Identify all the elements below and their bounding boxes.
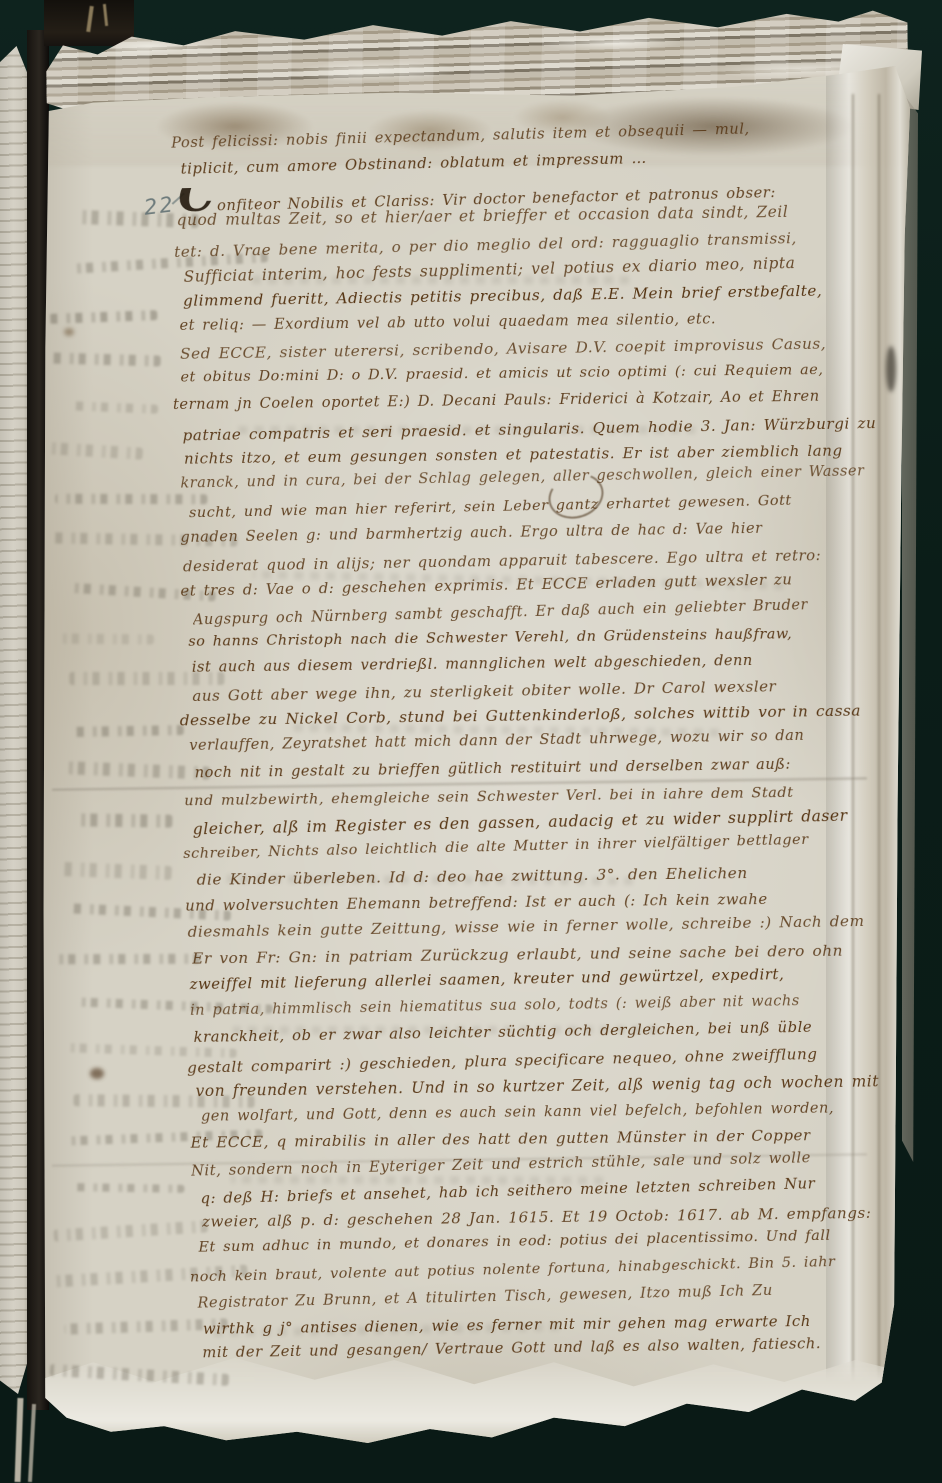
manuscript-line: und wolversuchten Ehemann betreffend: Is…	[185, 891, 768, 915]
binding-end-strip	[15, 1398, 24, 1482]
manuscript-line: so hanns Christoph nach die Schwester Ve…	[189, 626, 793, 650]
handwriting-block: Post felicissi: nobis finii expectandum,…	[27, 53, 939, 1477]
manuscript-line: aus Gott aber wege ihn, zu sterligkeit o…	[192, 678, 776, 706]
manuscript-line: ternam jn Coelen oportet E:) D. Decani P…	[173, 388, 820, 413]
manuscript-line: gestalt comparirt :) geschieden, plura s…	[187, 1045, 818, 1077]
binding-end-strip	[28, 1404, 36, 1482]
manuscript-line: gen wolfart, und Gott, denn es auch sein…	[201, 1101, 834, 1125]
manuscript-line: noch kein braut, volente aut potius nole…	[190, 1254, 836, 1286]
manuscript-line: zweier, alß p. d: geschehen 28 Jan. 1615…	[202, 1204, 872, 1231]
manuscript-line: et reliq: — Exordium vel ab utto volui q…	[180, 311, 717, 334]
manuscript-line: gnaden Seelen g: und barmhertzig auch. E…	[181, 521, 763, 546]
manuscript-line: glimmend fueritt, Adiectis petitis preci…	[183, 282, 822, 310]
manuscript-photo: 22 Post felicissi: nobis finii expectand…	[0, 0, 942, 1483]
manuscript-line: desiderat quod in alijs; ner quondam app…	[183, 547, 822, 576]
manuscript-line: kranck, und in cura, bei der Schlag gele…	[181, 464, 865, 492]
manuscript-line: die Kinder überleben. Id d: deo hae zwit…	[196, 864, 747, 889]
manuscript-line: diesmahls kein gutte Zeittung, wisse wie…	[188, 911, 865, 940]
manuscript-line: und mulzbewirth, ehemgleiche sein Schwes…	[184, 785, 793, 809]
manuscript-line: noch nit in gestalt zu brieffen gütlich …	[195, 757, 791, 782]
manuscript-line: patriae compatris et seri praesid. et si…	[183, 414, 877, 444]
facing-page-edge	[0, 46, 30, 1394]
manuscript-line: von freunden verstehen. Und in so kurtze…	[196, 1073, 880, 1101]
manuscript-line: desselbe zu Nickel Corb, stund bei Gutte…	[179, 702, 861, 730]
manuscript-line: wirthk g j° antises dienen, wie es ferne…	[203, 1312, 811, 1337]
manuscript-page: 22 Post felicissi: nobis finii expectand…	[40, 66, 926, 1474]
manuscript-line: Post felicissi: nobis finii expectandum,…	[171, 120, 750, 151]
manuscript-line: verlauffen, Zeyratshet hatt mich dann de…	[189, 728, 804, 754]
manuscript-line: q: deß H: briefs et ansehet, hab ich sei…	[200, 1175, 815, 1207]
manuscript-line: zweiffel mit lieferung allerlei saamen, …	[189, 965, 784, 993]
manuscript-line: Nit, sondern noch in Eyteriger Zeit und …	[191, 1150, 811, 1180]
manuscript-line: et obitus Do:mini D: o D.V. praesid. et …	[181, 362, 824, 386]
manuscript-line: Er von Fr: Gn: in patriam Zurückzug erla…	[192, 942, 843, 968]
manuscript-line: Registrator Zu Brunn, et A titulirten Ti…	[197, 1282, 773, 1312]
manuscript-line: nichts itzo, et eum gesungen sonsten et …	[184, 442, 843, 468]
manuscript-line: et tres d: Vae o d: geschehen exprimis. …	[180, 571, 792, 600]
manuscript-line: Et sum adhuc in mundo, et donares in eod…	[199, 1228, 831, 1256]
manuscript-line: in patria, himmlisch sein hiematitus sua…	[190, 993, 800, 1019]
manuscript-line: kranckheit, ob er zwar also leichter süc…	[194, 1018, 813, 1045]
manuscript-line: Augspurg och Nürnberg sambt geschafft. E…	[193, 597, 808, 628]
manuscript-line: ist auch aus diesem verdrießl. mannglich…	[192, 653, 753, 676]
manuscript-line: mit der Zeit und gesangen/ Vertraue Gott…	[202, 1335, 821, 1361]
manuscript-line: Sed ECCE, sister uterersi, scribendo, Av…	[180, 335, 826, 363]
manuscript-line: Et ECCE, q mirabilis in aller des hatt d…	[190, 1126, 810, 1151]
manuscript-line: tiplicit, cum amore Obstinand: oblatum e…	[180, 150, 646, 178]
manuscript-line: sucht, und wie man hier referirt, sein L…	[188, 493, 791, 522]
